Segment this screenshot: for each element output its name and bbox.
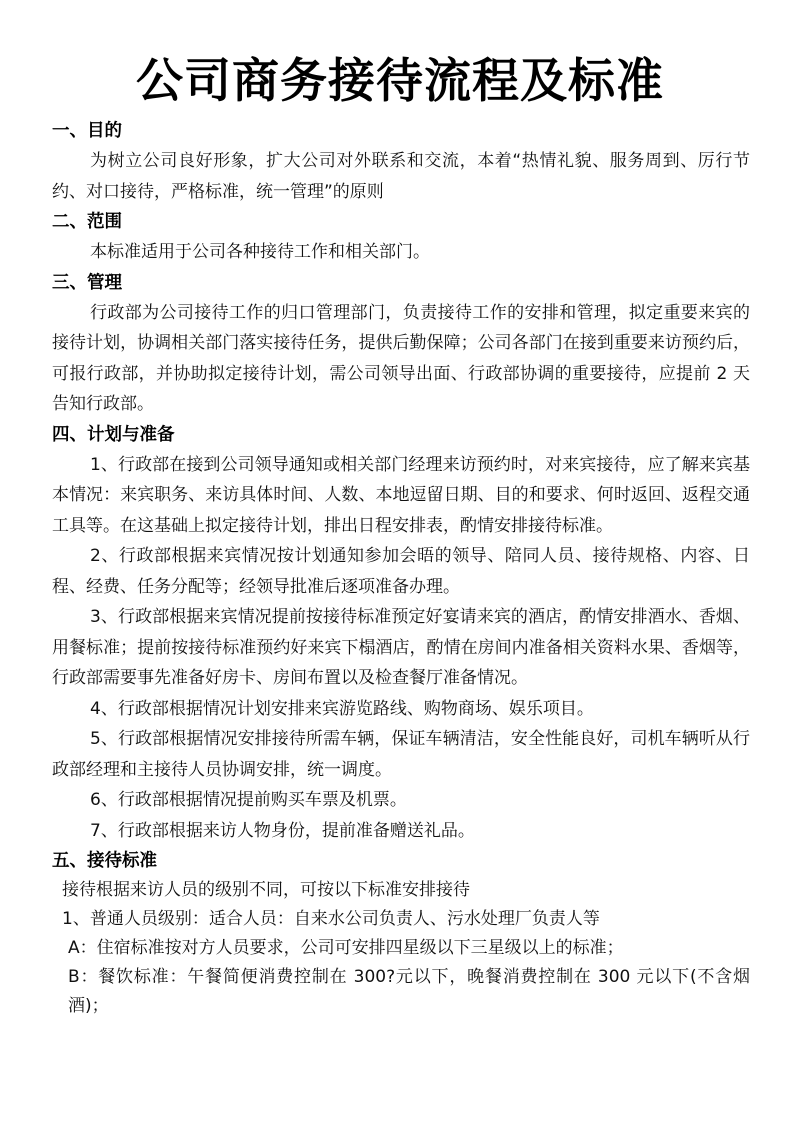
section-planning: 四、计划与准备 1、行政部在接到公司领导通知或相关部门经理来访预约时，对来宾接待… [52, 420, 750, 847]
standard-body: 接待根据来访人员的级别不同，可按以下标准安排接待 1、普通人员级别：适合人员：自… [52, 876, 750, 1021]
section-scope: 二、范围 本标准适用于公司各种接待工作和相关部门。 [52, 207, 750, 268]
list-item: 6、行政部根据情况提前购买车票及机票。 [52, 785, 750, 816]
section-paragraph: 为树立公司良好形象，扩大公司对外联系和交流，本着“热情礼貌、服务周到、厉行节约、… [52, 146, 750, 207]
section-purpose: 一、目的 为树立公司良好形象，扩大公司对外联系和交流，本着“热情礼貌、服务周到、… [52, 116, 750, 207]
section-heading: 四、计划与准备 [52, 420, 750, 450]
section-heading: 一、目的 [52, 116, 750, 146]
section-management: 三、管理 行政部为公司接待工作的归口管理部门，负责接待工作的安排和管理，拟定重要… [52, 268, 750, 420]
list-item: 5、行政部根据情况安排接待所需车辆，保证车辆清洁，安全性能良好，司机车辆听从行政… [52, 724, 750, 785]
section-paragraph: 本标准适用于公司各种接待工作和相关部门。 [52, 237, 750, 268]
section-heading: 二、范围 [52, 207, 750, 237]
list-item: 1、行政部在接到公司领导通知或相关部门经理来访预约时，对来宾接待，应了解来宾基本… [52, 450, 750, 542]
list-item: 4、行政部根据情况计划安排来宾游览路线、购物商场、娱乐项目。 [52, 694, 750, 725]
section-heading: 五、接待标准 [52, 846, 750, 876]
dining-standard: B：餐饮标准：午餐简便消费控制在 300?元以下，晚餐消费控制在 300 元以下… [62, 963, 750, 1021]
standard-intro: 接待根据来访人员的级别不同，可按以下标准安排接待 [62, 876, 750, 905]
list-item: 7、行政部根据来访人物身份，提前准备赠送礼品。 [52, 816, 750, 847]
level-1-description: 1、普通人员级别：适合人员：自来水公司负责人、污水处理厂负责人等 [62, 905, 750, 934]
section-paragraph: 行政部为公司接待工作的归口管理部门，负责接待工作的安排和管理，拟定重要来宾的接待… [52, 298, 750, 420]
section-reception-standard: 五、接待标准 接待根据来访人员的级别不同，可按以下标准安排接待 1、普通人员级别… [52, 846, 750, 1021]
list-item: 3、行政部根据来宾情况提前按接待标准预定好宴请来宾的酒店，酌情安排酒水、香烟、用… [52, 602, 750, 694]
section-heading: 三、管理 [52, 268, 750, 298]
list-item: 2、行政部根据来宾情况按计划通知参加会晤的领导、陪同人员、接待规格、内容、日程、… [52, 541, 750, 602]
document-body: 一、目的 为树立公司良好形象，扩大公司对外联系和交流，本着“热情礼貌、服务周到、… [52, 116, 750, 1021]
accommodation-standard: A：住宿标准按对方人员要求，公司可安排四星级以下三星级以上的标准； [62, 934, 750, 963]
document-title: 公司商务接待流程及标准 [0, 52, 800, 112]
document-page: 公司商务接待流程及标准 一、目的 为树立公司良好形象，扩大公司对外联系和交流，本… [0, 0, 800, 1128]
